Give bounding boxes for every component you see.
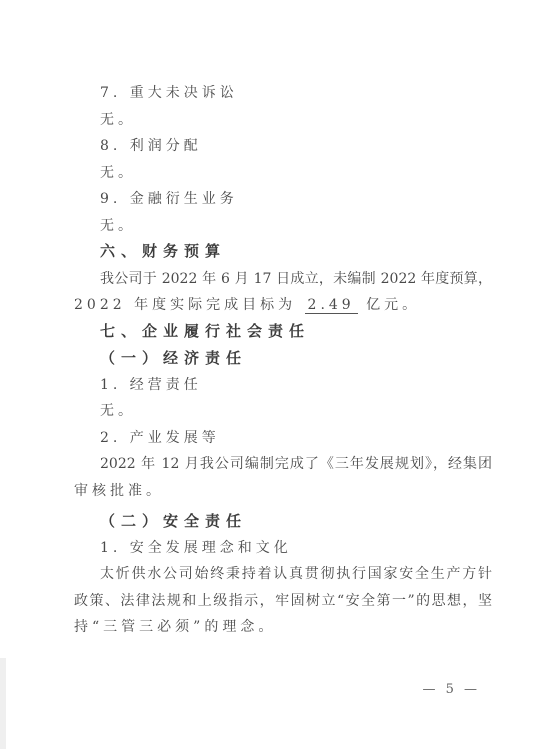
- list-item-2-industrial-development: 2. 产业发展等: [74, 425, 492, 452]
- heading-economic-responsibility: （一）经济责任: [74, 345, 492, 372]
- page-number: — 5 —: [422, 682, 480, 697]
- list-item-7-major-pending-litigation: 7. 重大未决诉讼: [74, 80, 492, 107]
- list-item-1-operating-responsibility: 1. 经营责任: [74, 372, 492, 399]
- budget-target-prefix: 2022 年度实际完成目标为: [74, 297, 296, 313]
- paragraph-safety-line-2: 政策、法律法规和上级指示，牢固树立“安全第一”的思想，坚: [74, 588, 492, 615]
- scan-artifact: [0, 658, 6, 749]
- heading-safety-responsibility: （二）安全责任: [74, 508, 492, 535]
- paragraph-safety-line-3: 持“三管三必须”的理念。: [74, 614, 492, 641]
- none-value-3: 无。: [74, 213, 492, 240]
- list-item-8-profit-distribution: 8. 利润分配: [74, 133, 492, 160]
- paragraph-budget-line-1: 我公司于 2022 年 6 月 17 日成立，未编制 2022 年度预算，: [74, 266, 492, 293]
- budget-target-suffix: 亿元。: [366, 297, 420, 313]
- list-item-9-financial-derivatives: 9. 金融衍生业务: [74, 186, 492, 213]
- none-value-1: 无。: [74, 107, 492, 134]
- none-value-2: 无。: [74, 160, 492, 187]
- none-value-4: 无。: [74, 398, 492, 425]
- heading-7-social-responsibility: 七、企业履行社会责任: [74, 319, 492, 346]
- paragraph-development-plan-line-1: 2022 年 12 月我公司编制完成了《三年发展规划》，经集团: [74, 451, 492, 478]
- paragraph-development-plan-line-2: 审核批准。: [74, 478, 492, 505]
- document-page: 7. 重大未决诉讼 无。 8. 利润分配 无。 9. 金融衍生业务 无。 六、财…: [0, 0, 537, 749]
- document-body: 7. 重大未决诉讼 无。 8. 利润分配 无。 9. 金融衍生业务 无。 六、财…: [74, 80, 492, 641]
- paragraph-budget-line-2: 2022 年度实际完成目标为 2.49 亿元。: [74, 292, 492, 319]
- heading-6-financial-budget: 六、财务预算: [74, 239, 492, 266]
- paragraph-safety-line-1: 太忻供水公司始终秉持着认真贯彻执行国家安全生产方针: [74, 561, 492, 588]
- list-item-1-safety-concept-culture: 1. 安全发展理念和文化: [74, 535, 492, 562]
- budget-target-value-underlined: 2.49: [305, 297, 358, 314]
